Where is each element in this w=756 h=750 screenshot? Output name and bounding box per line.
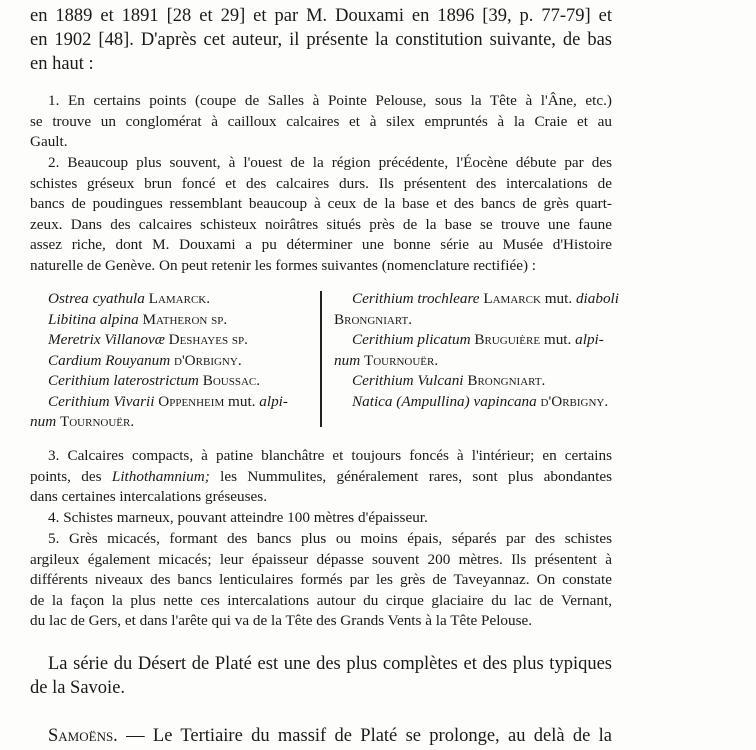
column-divider [320, 291, 322, 427]
author-name: Lamarck. [149, 290, 210, 307]
variety-name: alpi- [575, 331, 604, 348]
variety-name: alpi- [259, 393, 288, 410]
mutation-label: mut. [545, 290, 572, 307]
fauna-entry-continuation: Brongniart. [334, 311, 412, 329]
text-line: 3. Calcaires compacts, à patine blanchât… [48, 447, 612, 465]
text-line: bancs de poudingues ressemblant beaucoup… [30, 195, 612, 213]
document-page: en 1889 et 1891 [28 et 29] et par M. Dou… [0, 0, 756, 750]
variety-name: num [334, 352, 360, 369]
variety-name: diaboli [576, 290, 619, 307]
species-name: Cerithium Vulcani [352, 372, 464, 389]
text-line: argileux également micacés; leur épaisse… [30, 551, 612, 569]
text-span: points, des [30, 468, 112, 485]
species-name: Cerithium plicatum [352, 331, 471, 348]
fauna-entry: Cerithium Vulcani Brongniart. [352, 372, 545, 390]
fauna-entry-continuation: num Tournouër. [30, 413, 134, 431]
species-name: Meretrix Villanovæ [48, 331, 165, 348]
text-line: Samoëns. — Le Tertiaire du massif de Pla… [48, 726, 612, 747]
fauna-entry: Cerithium laterostrictum Boussac. [48, 372, 260, 390]
section-text: — Le Tertiaire du massif de Platé se pro… [118, 726, 612, 746]
text-span: les Nummulites, généralement rares, sont… [210, 468, 612, 485]
text-line: du lac de Gers, et dans l'arête qui va d… [30, 612, 612, 630]
text-line: 2. Beaucoup plus souvent, à l'ouest de l… [48, 154, 612, 172]
text-line: en 1902 [48]. D'après cet auteur, il pré… [30, 30, 612, 51]
species-name: Natica (Ampullina) vapincana [352, 393, 537, 410]
text-line: de la façon la plus nette ces intercalat… [30, 592, 612, 610]
fauna-entry: Cerithium Vivarii Oppenheim mut. alpi- [48, 393, 288, 411]
species-name: Cerithium Vivarii [48, 393, 154, 410]
fauna-entry: Natica (Ampullina) vapincana d'Orbigny. [352, 393, 608, 411]
text-line: de la Savoie. [30, 678, 612, 699]
text-line: points, des Lithothamnium; les Nummulite… [30, 468, 612, 486]
text-line: 1. En certains points (coupe de Salles à… [48, 92, 612, 110]
author-name: d'Orbigny. [541, 393, 609, 410]
fauna-entry: Cerithium trochleare Lamarck mut. diabol… [352, 290, 619, 308]
fauna-entry: Libitina alpina Matheron sp. [48, 311, 227, 329]
author-name: Matheron sp. [143, 311, 228, 328]
author-name: Tournouër. [364, 352, 438, 369]
genus-name: Lithothamnium; [112, 468, 210, 485]
text-line: La série du Désert de Platé est une des … [48, 654, 612, 675]
species-name: Ostrea cyathula [48, 290, 145, 307]
fauna-entry: Cardium Rouyanum d'Orbigny. [48, 352, 242, 370]
fauna-entry: Ostrea cyathula Lamarck. [48, 290, 210, 308]
author-name: d'Orbigny. [174, 352, 242, 369]
text-line: en haut : [30, 54, 612, 75]
author-name: Bruguière [474, 331, 540, 348]
species-name: Cerithium laterostrictum [48, 372, 199, 389]
text-line: zeux. Dans des calcaires schisteux noirâ… [30, 216, 612, 234]
author-name: Deshayes sp. [169, 331, 248, 348]
species-name: Cardium Rouyanum [48, 352, 170, 369]
text-line: 5. Grès micacés, formant des bancs plus … [48, 530, 612, 548]
text-line: se trouve un conglomérat à cailloux calc… [30, 113, 612, 131]
author-name: Brongniart. [467, 372, 545, 389]
text-line: naturelle de Genève. On peut retenir les… [30, 257, 612, 275]
variety-name: num [30, 413, 56, 430]
text-line: schistes gréseux brun foncé et des calca… [30, 175, 612, 193]
author-name: Boussac. [203, 372, 260, 389]
author-name: Brongniart. [334, 311, 412, 328]
species-name: Libitina alpina [48, 311, 139, 328]
text-line: différents niveaux des bancs lenticulair… [30, 571, 612, 589]
text-line: dans certaines intercalations gréseuses. [30, 488, 612, 506]
section-heading: Samoëns. [48, 726, 118, 746]
species-name: Cerithium trochleare [352, 290, 480, 307]
author-name: Oppenheim [158, 393, 224, 410]
mutation-label: mut. [228, 393, 255, 410]
text-line: Gault. [30, 133, 612, 151]
fauna-entry: Cerithium plicatum Bruguière mut. alpi- [352, 331, 604, 349]
fauna-entry: Meretrix Villanovæ Deshayes sp. [48, 331, 248, 349]
text-line: en 1889 et 1891 [28 et 29] et par M. Dou… [30, 6, 612, 27]
mutation-label: mut. [544, 331, 571, 348]
text-line: assez riche, dont M. Douxami a pu déterm… [30, 236, 612, 254]
fauna-entry-continuation: num Tournouër. [334, 352, 438, 370]
author-name: Lamarck [483, 290, 541, 307]
text-line: 4. Schistes marneux, pouvant atteindre 1… [48, 509, 612, 527]
author-name: Tournouër. [60, 413, 134, 430]
